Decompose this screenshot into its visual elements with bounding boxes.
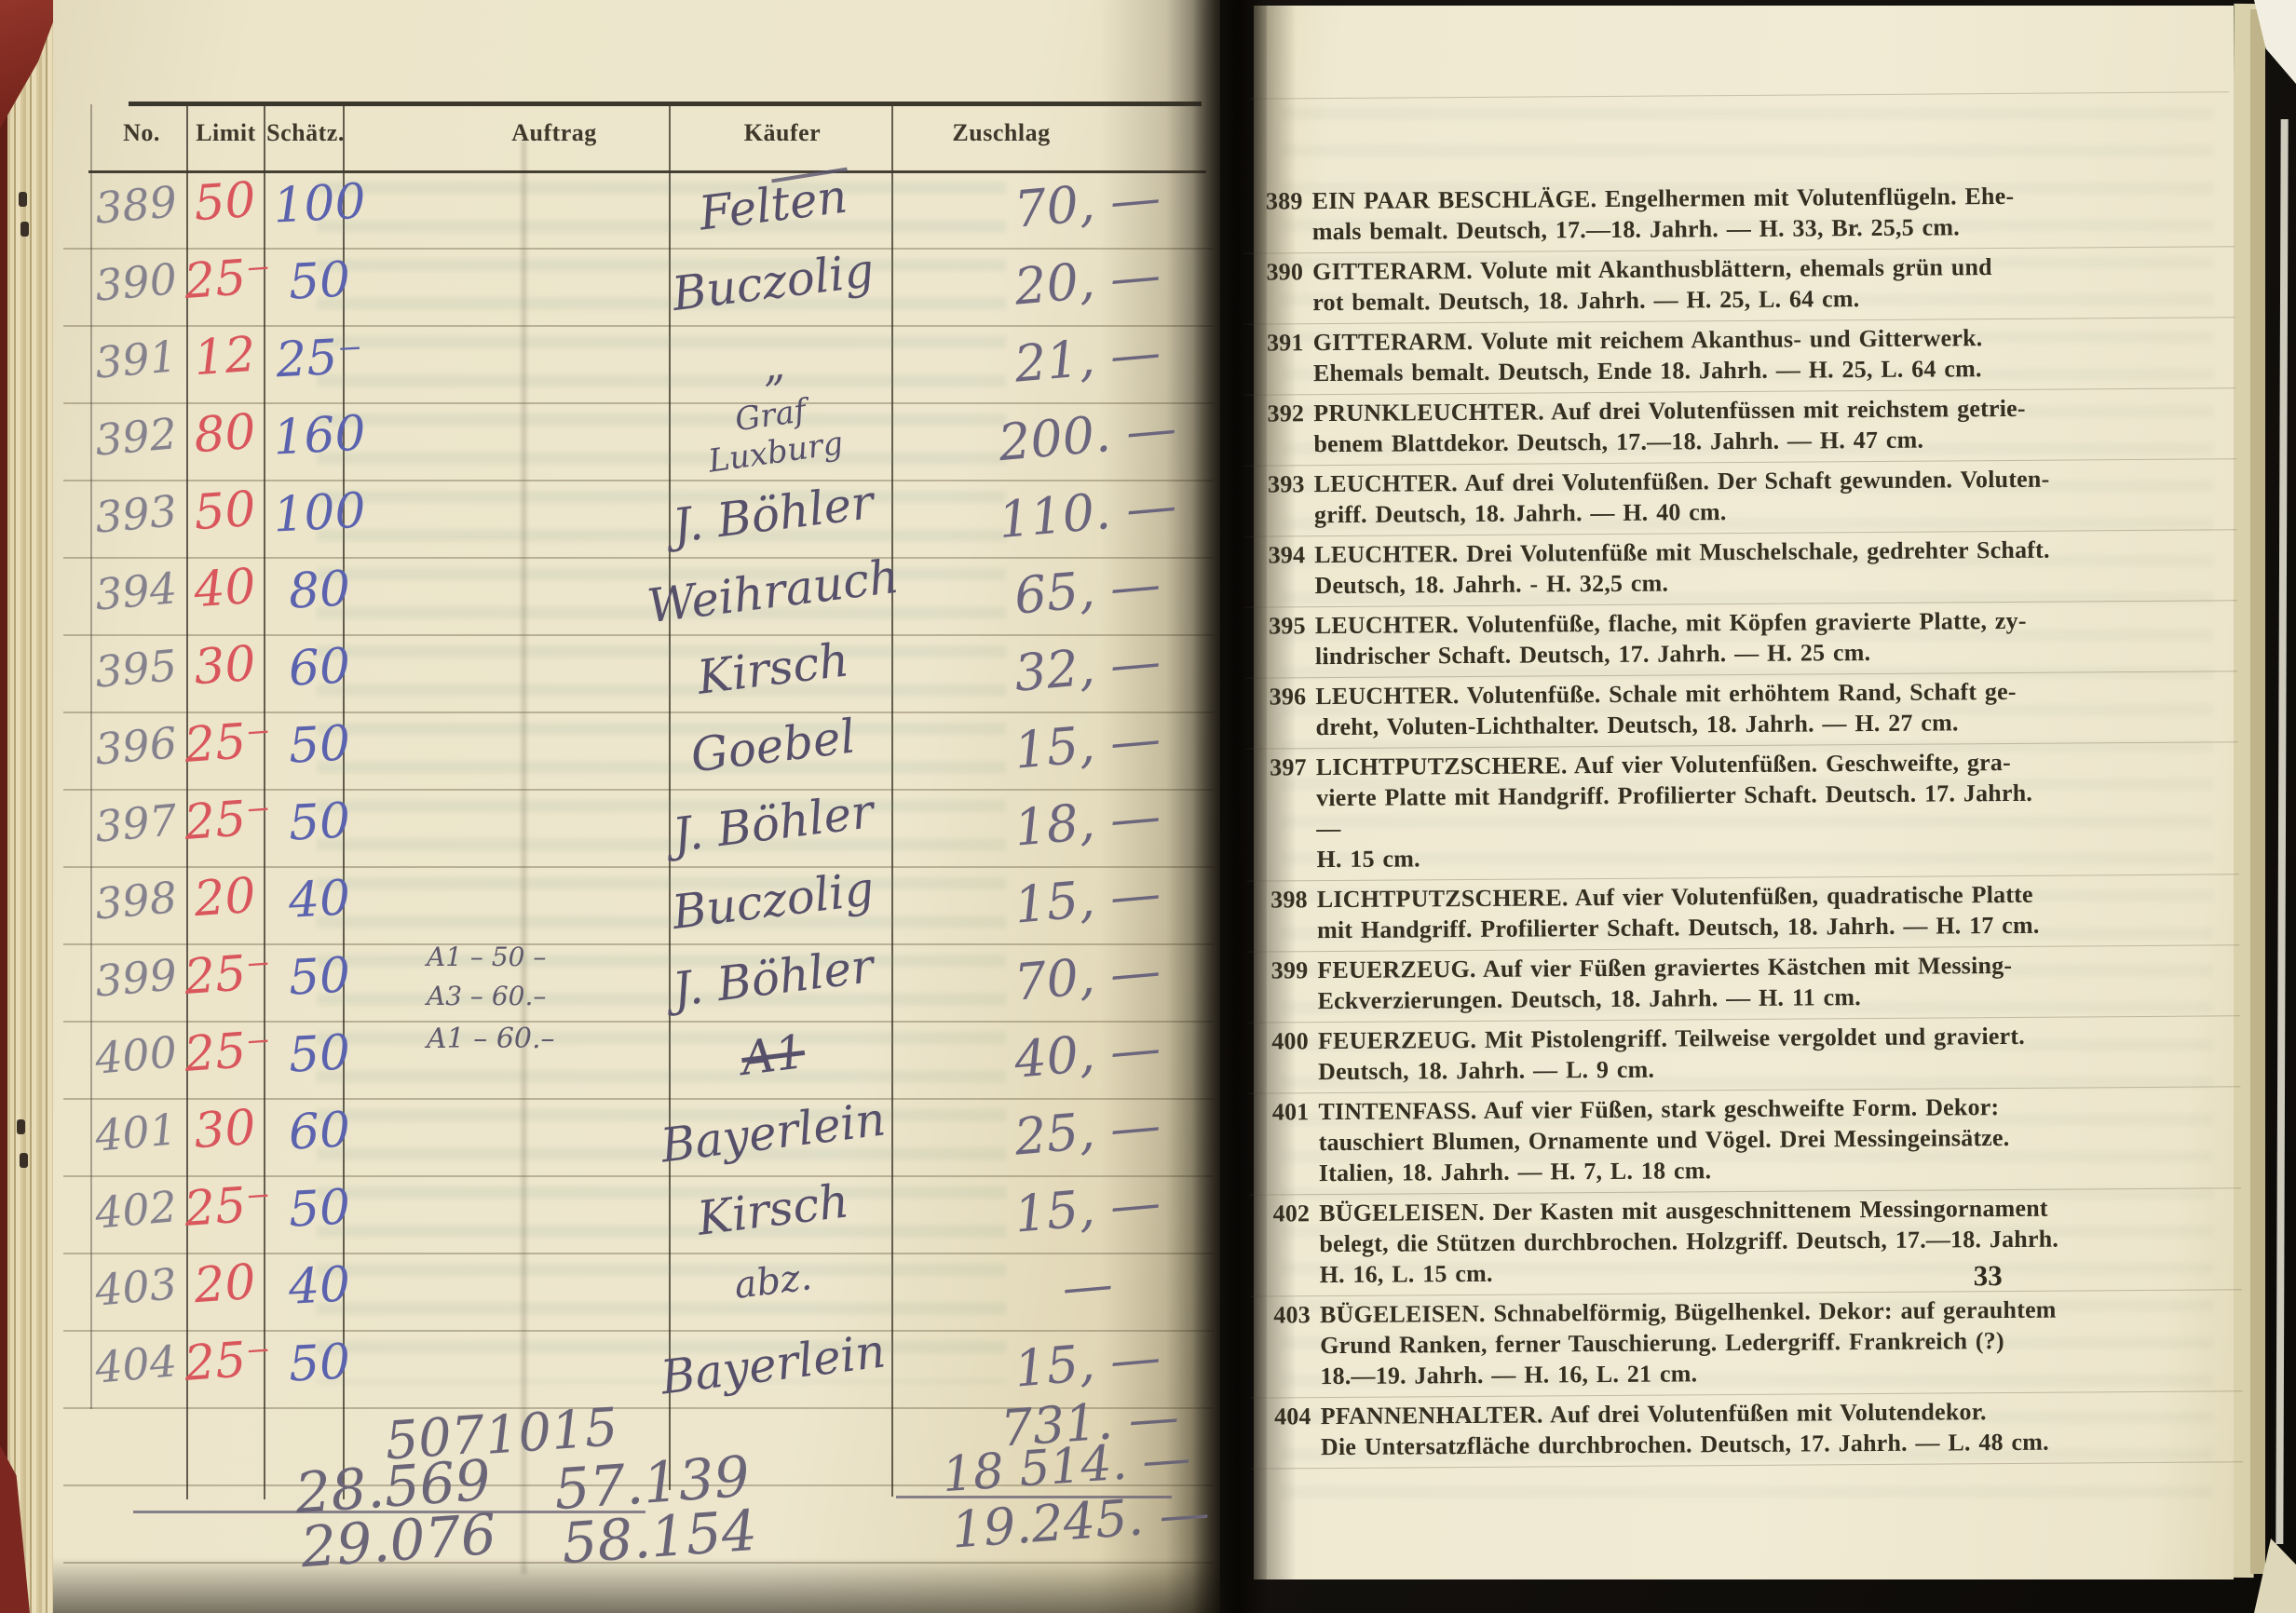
- entry-lot-number: 398: [1265, 884, 1308, 915]
- entry-description: FEUERZEUG. Mit Pistolengriff. Teilweise …: [1318, 1023, 2025, 1085]
- cell-estimate: 25⁻: [263, 328, 377, 389]
- cell-hammer-price: 15, —: [962, 705, 1213, 785]
- faint-rule: [1249, 91, 2229, 99]
- cell-hammer-price: 15, —: [962, 860, 1213, 940]
- catalog-page: 389 EIN PAAR BESCHLÄGE. Engelhermen mit …: [1254, 6, 2234, 1579]
- cell-buyer: Bayerlein: [613, 1318, 934, 1410]
- cell-lot-number: 397: [84, 793, 188, 852]
- cell-estimate: 50: [263, 1333, 377, 1394]
- ledger-row: 395 30 60 Kirsch 32, —: [0, 636, 1220, 713]
- cell-buyer: Buczolig: [613, 236, 934, 328]
- cell-limit: 50: [183, 481, 267, 542]
- cell-estimate: 50: [263, 251, 377, 312]
- book-scan: No. Limit Schätz. Auftrag Käufer Zuschla…: [0, 0, 2296, 1613]
- cell-estimate: 60: [263, 1101, 377, 1162]
- entry-lot-number: 394: [1262, 539, 1305, 570]
- cell-limit: 25⁻: [183, 1176, 267, 1238]
- cell-limit: 12: [183, 326, 267, 387]
- entry-description: FEUERZEUG. Auf vier Füßen graviertes Käs…: [1317, 952, 2012, 1014]
- entry-description: LEUCHTER. Volutenfüße, flache, mit Köpfe…: [1315, 607, 2027, 670]
- cell-lot-number: 400: [84, 1025, 188, 1084]
- cell-estimate: 50: [263, 1178, 377, 1240]
- page-number: 33: [1909, 1259, 2003, 1294]
- cell-lot-number: 395: [84, 639, 188, 698]
- entry-description: LICHTPUTZSCHERE. Auf vier Volutenfüßen, …: [1317, 881, 2040, 943]
- catalog-entry: 403 BÜGELEISEN. Schnabelförmig, Bügelhen…: [1320, 1294, 2066, 1392]
- catalog-entry: 393 LEUCHTER. Auf drei Volutenfüßen. Der…: [1314, 464, 2059, 531]
- entry-lot-number: 395: [1263, 610, 1306, 641]
- cell-limit: 20: [183, 867, 267, 928]
- cell-estimate: 40: [263, 1255, 377, 1317]
- entry-description: LEUCHTER. Drei Volutenfüße mit Muschelsc…: [1314, 536, 2050, 600]
- cell-lot-number: 390: [84, 252, 188, 311]
- cell-lot-number: 399: [84, 948, 188, 1007]
- cell-hammer-price: 110. —: [962, 473, 1213, 553]
- cell-lot-number: 403: [84, 1257, 188, 1316]
- entry-lot-number: 393: [1262, 468, 1305, 499]
- cell-lot-number: 398: [84, 871, 188, 929]
- entry-description: LEUCHTER. Volutenfüße. Schale mit erhöht…: [1315, 678, 2017, 740]
- catalog-entry: 390 GITTERARM. Volute mit Akanthusblätte…: [1312, 251, 2058, 319]
- cell-hammer-price: 32, —: [962, 628, 1213, 708]
- entry-description: BÜGELEISEN. Schnabelförmig, Bügelhenkel.…: [1320, 1296, 2057, 1390]
- entry-lot-number: 396: [1263, 681, 1306, 712]
- entry-description: EIN PAAR BESCHLÄGE. Engelhermen mit Volu…: [1311, 183, 2014, 245]
- cell-lot-number: 392: [84, 407, 188, 466]
- entry-description: LEUCHTER. Auf drei Volutenfüßen. Der Sch…: [1314, 466, 2050, 529]
- entry-lot-number: 397: [1264, 752, 1307, 782]
- entry-lot-number: 402: [1267, 1198, 1310, 1228]
- catalog-entry: 400 FEUERZEUG. Mit Pistolengriff. Teilwe…: [1318, 1021, 2063, 1088]
- entry-lot-number: 391: [1261, 327, 1304, 358]
- cell-hammer-price: 21, —: [962, 319, 1213, 399]
- entry-description: GITTERARM. Volute mit reichem Akanthus- …: [1313, 324, 1983, 386]
- catalog-entry: 399 FEUERZEUG. Auf vier Füßen graviertes…: [1317, 950, 2062, 1017]
- cell-buyer: Felten: [613, 158, 934, 251]
- catalog-entry: 404 PFANNENHALTER. Auf drei Volutenfüßen…: [1321, 1396, 2066, 1463]
- ledger-row: 403 20 40 abz. —: [0, 1254, 1220, 1332]
- entry-lot-number: 404: [1269, 1401, 1311, 1431]
- cell-estimate: 50: [263, 792, 377, 853]
- cell-estimate: 80: [263, 560, 377, 621]
- cell-limit: 25⁻: [183, 790, 267, 851]
- catalog-entry: 401 TINTENFASS. Auf vier Füßen, stark ge…: [1318, 1091, 2064, 1189]
- ledger-row: 394 40 80 Weihrauch 65, —: [0, 559, 1220, 636]
- cell-limit: 25⁻: [183, 712, 267, 774]
- cell-buyer: Weihrauch: [613, 545, 934, 637]
- cell-estimate: 100: [263, 482, 377, 544]
- entry-lot-number: 400: [1266, 1025, 1309, 1056]
- cell-hammer-price: 70, —: [962, 937, 1213, 1017]
- cell-hammer-price: 200. —: [962, 396, 1213, 476]
- ledger-row: 399 25⁻ 50 A1 – 50 – A3 – 60.– J. Böhler…: [0, 945, 1220, 1023]
- cell-limit: 25⁻: [183, 1022, 267, 1083]
- cell-buyer: Buczolig: [613, 854, 934, 946]
- ledger-row: 402 25⁻ 50 Kirsch 15, —: [0, 1177, 1220, 1254]
- entry-lot-number: 403: [1268, 1299, 1311, 1330]
- cell-lot-number: 404: [84, 1335, 188, 1393]
- cell-lot-number: 401: [84, 1103, 188, 1161]
- catalog-entry: 395 LEUCHTER. Volutenfüße, flache, mit K…: [1315, 605, 2060, 672]
- cell-buyer: Goebel: [613, 699, 934, 792]
- entry-description: PRUNKLEUCHTER. Auf drei Volutenfüssen mi…: [1313, 395, 2026, 457]
- cell-buyer: J. Böhler: [613, 777, 934, 869]
- entry-description: PFANNENHALTER. Auf drei Volutenfüßen mit…: [1321, 1398, 2049, 1460]
- entry-lot-number: 401: [1266, 1096, 1309, 1127]
- cell-limit: 25⁻: [183, 249, 267, 310]
- cell-estimate: 50: [263, 946, 377, 1008]
- cell-lot-number: 396: [84, 716, 188, 775]
- cell-hammer-price: 20, —: [962, 241, 1213, 321]
- cell-estimate: 40: [263, 869, 377, 930]
- cell-buyer: Kirsch: [613, 1163, 934, 1255]
- ledger-row: 391 12 25⁻ „ 21, —: [0, 327, 1220, 404]
- cell-lot-number: 391: [84, 330, 188, 388]
- cell-limit: 80: [183, 403, 267, 465]
- cell-estimate: 100: [263, 173, 377, 235]
- cell-limit: 30: [183, 1099, 267, 1160]
- catalog-entry: 397 LICHTPUTZSCHERE. Auf vier Volutenfüß…: [1316, 747, 2062, 875]
- catalog-entry: 392 PRUNKLEUCHTER. Auf drei Volutenfüsse…: [1313, 393, 2058, 460]
- entry-description: LICHTPUTZSCHERE. Auf vier Volutenfüßen. …: [1316, 749, 2032, 873]
- ledger-row: 392 80 160 Graf Luxburg 200. —: [0, 404, 1220, 481]
- cell-limit: 30: [183, 635, 267, 697]
- cell-estimate: 160: [263, 405, 377, 467]
- catalog-entry: 398 LICHTPUTZSCHERE. Auf vier Volutenfüß…: [1317, 879, 2062, 946]
- ledger-rows: 389 50 100 Felten 70, — 390 25⁻ 50 Buczo…: [0, 0, 1220, 1613]
- ledger-row: 398 20 40 Buczolig 15, —: [0, 868, 1220, 945]
- cell-limit: 25⁻: [183, 944, 267, 1006]
- entry-description: TINTENFASS. Auf vier Füßen, stark geschw…: [1318, 1093, 2009, 1186]
- ledger-row: 397 25⁻ 50 J. Böhler 18, —: [0, 791, 1220, 868]
- ledger-row: 390 25⁻ 50 Buczolig 20, —: [0, 250, 1220, 327]
- catalog-entry: 389 EIN PAAR BESCHLÄGE. Engelhermen mit …: [1311, 181, 2057, 248]
- cell-estimate: 60: [263, 637, 377, 698]
- cell-hammer-price: 25, —: [962, 1091, 1213, 1172]
- cell-hammer-price: —: [962, 1246, 1213, 1326]
- entry-lot-number: 399: [1265, 955, 1308, 985]
- cell-lot-number: 393: [84, 484, 188, 543]
- cell-hammer-price: 18, —: [962, 782, 1213, 862]
- cell-lot-number: 394: [84, 562, 188, 620]
- catalog-entry: 394 LEUCHTER. Drei Volutenfüße mit Musch…: [1314, 535, 2059, 602]
- ledger-row: 389 50 100 Felten 70, —: [0, 172, 1220, 250]
- catalog-entry: 396 LEUCHTER. Volutenfüße. Schale mit er…: [1315, 676, 2060, 743]
- cell-limit: 25⁻: [183, 1331, 267, 1392]
- catalog-entry: 391 GITTERARM. Volute mit reichem Akanth…: [1313, 322, 2058, 389]
- cell-lot-number: 402: [84, 1180, 188, 1239]
- cell-estimate: 50: [263, 1023, 377, 1085]
- cell-hammer-price: 15, —: [962, 1169, 1213, 1249]
- cell-limit: 40: [183, 558, 267, 619]
- cell-buyer: Bayerlein: [613, 1086, 934, 1178]
- cell-estimate: 50: [263, 714, 377, 776]
- ledger-row: 401 30 60 Bayerlein 25, —: [0, 1100, 1220, 1177]
- entry-lot-number: 392: [1261, 398, 1304, 428]
- ledger-row: 393 50 100 J. Böhler 110. —: [0, 481, 1220, 559]
- under-page-edge: [2250, 9, 2265, 1574]
- cell-hammer-price: 65, —: [962, 550, 1213, 630]
- cell-hammer-price: 40, —: [962, 1014, 1213, 1094]
- ledger-row: 396 25⁻ 50 Goebel 15, —: [0, 713, 1220, 791]
- catalog-page-content: 389 EIN PAAR BESCHLÄGE. Engelhermen mit …: [1248, 2, 2239, 1582]
- cell-hammer-price: 70, —: [962, 164, 1213, 244]
- entry-description: GITTERARM. Volute mit Akanthusblättern, …: [1312, 253, 1992, 316]
- cell-buyer: Kirsch: [613, 622, 934, 714]
- cell-lot-number: 389: [84, 175, 188, 234]
- cell-limit: 50: [183, 171, 267, 233]
- ledger-row: 400 25⁻ 50 A1 – 60.– A1 40, —: [0, 1023, 1220, 1100]
- page-edge-highlight: [2276, 119, 2288, 1544]
- cell-limit: 20: [183, 1254, 267, 1315]
